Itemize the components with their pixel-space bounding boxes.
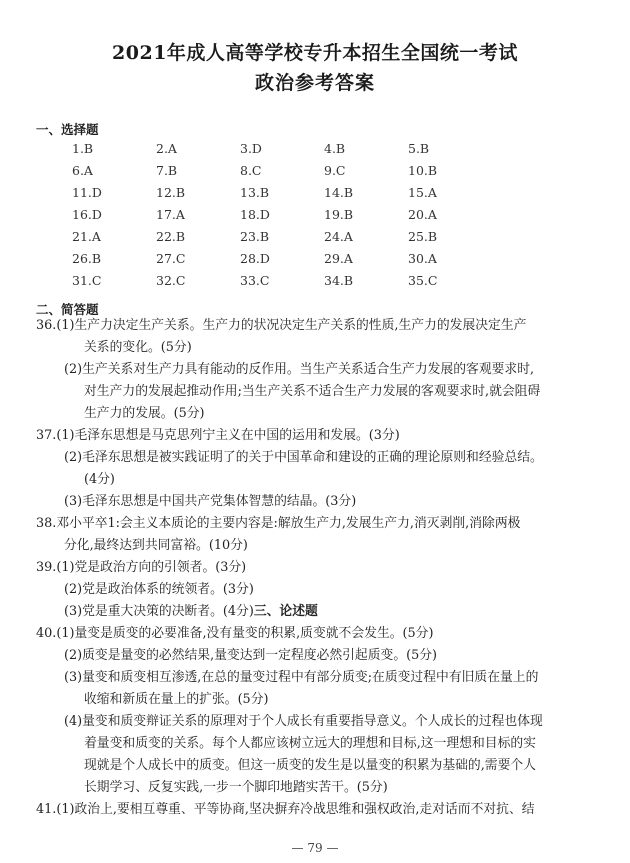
answer-cell: 9.C bbox=[324, 160, 408, 182]
answer-line: 对生产力的发展起推动作用;当生产关系不适合生产力发展的客观要求时,就会阻碍 bbox=[84, 384, 540, 400]
section-heading-essay: 三、论述题 bbox=[254, 604, 318, 619]
answer-cell: 27.C bbox=[156, 248, 240, 270]
answer-cell: 18.D bbox=[240, 204, 324, 226]
answer-line: (2)质变是量变的必然结果,量变达到一定程度必然引起质变。(5分) bbox=[64, 648, 437, 664]
answer-line: (2)毛泽东思想是被实践证明了的关于中国革命和建设的正确的理论原则和经验总结。 bbox=[64, 450, 543, 466]
answer-cell: 17.A bbox=[156, 204, 240, 226]
answer-row: 6.A 7.B 8.C 9.C 10.B bbox=[72, 160, 492, 182]
answer-cell: 1.B bbox=[72, 138, 156, 160]
answer-cell: 23.B bbox=[240, 226, 324, 248]
answer-text: (3)党是重大决策的决断者。(4分) bbox=[64, 604, 254, 619]
answer-line: 收缩和新质在量上的扩张。(5分) bbox=[84, 692, 269, 708]
answer-cell: 22.B bbox=[156, 226, 240, 248]
answer-line: 现就是个人成长中的质变。但这一质变的发生是以量变的积累为基础的,需要个人 bbox=[84, 758, 536, 774]
document-title: 2021年成人高等学校专升本招生全国统一考试 bbox=[0, 38, 630, 65]
answer-cell: 25.B bbox=[408, 226, 492, 248]
answer-cell: 5.B bbox=[408, 138, 492, 160]
answer-cell: 24.A bbox=[324, 226, 408, 248]
answer-line: 生产力的发展。(5分) bbox=[84, 406, 205, 422]
answer-line: 39.(1)党是政治方向的引领者。(3分) bbox=[36, 560, 246, 576]
answer-line: 38.邓小平卒1:会主义本质论的主要内容是:解放生产力,发展生产力,消灭剥削,消… bbox=[36, 516, 520, 532]
answer-grid: 1.B 2.A 3.D 4.B 5.B 6.A 7.B 8.C 9.C 10.B… bbox=[72, 138, 492, 292]
answer-cell: 3.D bbox=[240, 138, 324, 160]
answer-cell: 2.A bbox=[156, 138, 240, 160]
answer-row: 31.C 32.C 33.C 34.B 35.C bbox=[72, 270, 492, 292]
answer-line: (4)量变和质变辩证关系的原理对于个人成长有重要指导意义。个人成长的过程也体现 bbox=[64, 714, 543, 730]
section-heading-short-answer: 二、简答题 bbox=[36, 300, 99, 318]
answer-row: 16.D 17.A 18.D 19.B 20.A bbox=[72, 204, 492, 226]
answer-line: (2)党是政治体系的统领者。(3分) bbox=[64, 582, 254, 598]
answer-cell: 33.C bbox=[240, 270, 324, 292]
answer-cell: 14.B bbox=[324, 182, 408, 204]
answer-cell: 28.D bbox=[240, 248, 324, 270]
answer-line: 41.(1)政治上,要相互尊重、平等协商,坚决摒弃冷战思维和强权政治,走对话而不… bbox=[36, 802, 535, 818]
answer-line: 分化,最终达到共同富裕。(10分) bbox=[64, 538, 248, 554]
answer-cell: 15.A bbox=[408, 182, 492, 204]
answer-cell: 16.D bbox=[72, 204, 156, 226]
answer-row: 21.A 22.B 23.B 24.A 25.B bbox=[72, 226, 492, 248]
answer-cell: 35.C bbox=[408, 270, 492, 292]
answer-line: (3)党是重大决策的决断者。(4分)三、论述题 bbox=[64, 604, 318, 620]
answer-cell: 21.A bbox=[72, 226, 156, 248]
answer-cell: 4.B bbox=[324, 138, 408, 160]
answer-line: 40.(1)量变是质变的必要准备,没有量变的积累,质变就不会发生。(5分) bbox=[36, 626, 433, 642]
answer-cell: 30.A bbox=[408, 248, 492, 270]
document-subtitle: 政治参考答案 bbox=[0, 68, 630, 95]
answer-cell: 10.B bbox=[408, 160, 492, 182]
answer-line: 36.(1)生产力决定生产关系。生产力的状况决定生产关系的性质,生产力的发展决定… bbox=[36, 318, 526, 334]
answer-line: 37.(1)毛泽东思想是马克思列宁主义在中国的运用和发展。(3分) bbox=[36, 428, 400, 444]
answer-cell: 31.C bbox=[72, 270, 156, 292]
answer-line: (3)量变和质变相互渗透,在总的量变过程中有部分质变;在质变过程中有旧质在量上的 bbox=[64, 670, 538, 686]
answer-line: (4分) bbox=[84, 472, 115, 488]
answer-cell: 7.B bbox=[156, 160, 240, 182]
answer-cell: 6.A bbox=[72, 160, 156, 182]
answer-row: 26.B 27.C 28.D 29.A 30.A bbox=[72, 248, 492, 270]
answer-cell: 19.B bbox=[324, 204, 408, 226]
answer-row: 1.B 2.A 3.D 4.B 5.B bbox=[72, 138, 492, 160]
page-number: — 79 — bbox=[0, 841, 630, 855]
answer-cell: 11.D bbox=[72, 182, 156, 204]
answer-line: 关系的变化。(5分) bbox=[84, 340, 192, 356]
answer-cell: 26.B bbox=[72, 248, 156, 270]
answer-cell: 8.C bbox=[240, 160, 324, 182]
answer-cell: 32.C bbox=[156, 270, 240, 292]
answer-line: 长期学习、反复实践,一步一个脚印地踏实苦干。(5分) bbox=[84, 780, 388, 796]
answer-cell: 13.B bbox=[240, 182, 324, 204]
answer-line: 着量变和质变的关系。每个人都应该树立远大的理想和目标,这一理想和目标的实 bbox=[84, 736, 536, 752]
section-heading-choice: 一、选择题 bbox=[36, 120, 99, 138]
answer-row: 11.D 12.B 13.B 14.B 15.A bbox=[72, 182, 492, 204]
answer-cell: 29.A bbox=[324, 248, 408, 270]
answer-cell: 12.B bbox=[156, 182, 240, 204]
answer-line: (2)生产关系对生产力具有能动的反作用。当生产关系适合生产力发展的客观要求时, bbox=[64, 362, 534, 378]
answer-cell: 20.A bbox=[408, 204, 492, 226]
answer-cell: 34.B bbox=[324, 270, 408, 292]
answer-line: (3)毛泽东思想是中国共产党集体智慧的结晶。(3分) bbox=[64, 494, 356, 510]
